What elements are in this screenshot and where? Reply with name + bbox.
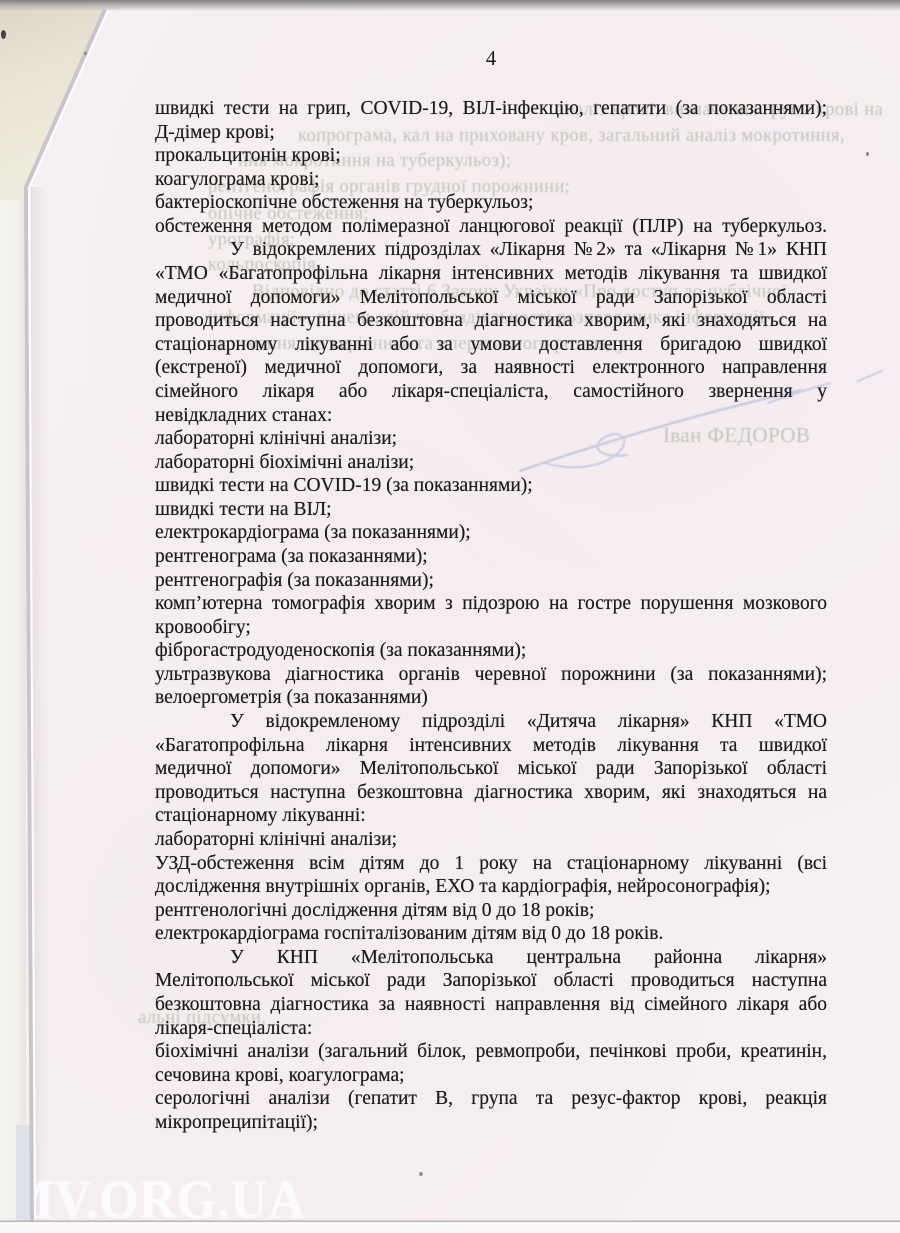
scan-edge-blue-strip	[16, 1125, 34, 1223]
scan-top-shadow	[0, 0, 900, 11]
document-line: лабораторні клінічні аналізи;	[155, 427, 827, 451]
document-line: прокальцитонін крові;	[155, 144, 827, 168]
document-line: стаціонарному лікуванні:	[155, 804, 827, 828]
document-line: УЗД-обстеження всім дітям до 1 року на с…	[155, 852, 827, 876]
document-line: швидкі тести на грип, COVID-19, ВІЛ-інфе…	[155, 97, 827, 121]
document-line: рентгенограма (за показаннями);	[155, 545, 827, 569]
scanned-document: { "page": { "number": "4" }, "watermark"…	[0, 0, 900, 1233]
document-line: У відокремленому підрозділі «Дитяча ліка…	[155, 710, 827, 734]
document-line: мікропреципітації);	[155, 1111, 827, 1135]
scan-speck	[866, 152, 869, 156]
document-line: безкоштовна діагностика за наявності нап…	[155, 993, 827, 1017]
document-line: швидкі тести на ВІЛ;	[155, 498, 827, 522]
page-edge-shade	[31, 187, 47, 1222]
document-line: проводиться наступна безкоштовна діагнос…	[155, 781, 827, 805]
document-line: електрокардіограма (за показаннями);	[155, 521, 827, 545]
document-line: стаціонарному лікуванні або за умови дос…	[155, 333, 827, 357]
document-line: рентгенографія (за показаннями);	[155, 569, 827, 593]
document-line: кровообігу;	[155, 616, 827, 640]
document-line: лабораторні клінічні аналізи;	[155, 828, 827, 852]
document-line: У КНП «Мелітопольська центральна районна…	[155, 946, 827, 970]
document-line: обстеження методом полімеразної ланцюгов…	[155, 215, 827, 239]
document-line: комп’ютерна томографія хворим з підозрою…	[155, 592, 827, 616]
page-number: 4	[155, 46, 827, 71]
scan-bottom-edge	[0, 1222, 900, 1233]
document-line: (екстреної) медичної допомоги, за наявно…	[155, 356, 827, 380]
document-line: ультразвукова діагностика органів черевн…	[155, 663, 827, 687]
document-line: швидкі тести на COVID-19 (за показаннями…	[155, 474, 827, 498]
document-line: електрокардіограма госпіталізованим дітя…	[155, 922, 827, 946]
document-line: лабораторні біохімічні аналізи;	[155, 451, 827, 475]
document-line: серологічні аналізи (гепатит В, група та…	[155, 1087, 827, 1111]
document-line: «Багатопрофільна лікарня інтенсивних мет…	[155, 734, 827, 758]
document-line: біохімічні аналізи (загальний білок, рев…	[155, 1040, 827, 1064]
scan-speck	[84, 52, 87, 55]
document-line: бактеріоскопічне обстеження на туберкуль…	[155, 191, 827, 215]
document-line: Мелітопольської міської ради Запорізької…	[155, 969, 827, 993]
document-line: сімейного лікаря або лікаря-спеціаліста,…	[155, 380, 827, 404]
document-line: коагулограма крові;	[155, 168, 827, 192]
document-line: лікаря-спеціаліста:	[155, 1017, 827, 1041]
document-line: невідкладних станах:	[155, 404, 827, 428]
document-line: У відокремлених підрозділах «Лікарня №2»…	[155, 238, 827, 262]
document-line: фіброгастродуоденоскопія (за показаннями…	[155, 639, 827, 663]
document-line: медичної допомоги» Мелітопольської міськ…	[155, 757, 827, 781]
document-line: дослідження внутрішніх органів, ЕХО та к…	[155, 875, 827, 899]
scanner-background-left	[0, 200, 26, 1233]
scan-speck	[1, 30, 6, 39]
document-text: швидкі тести на грип, COVID-19, ВІЛ-інфе…	[155, 97, 827, 1134]
document-line: медичної допомоги» Мелітопольської міськ…	[155, 286, 827, 310]
document-line: сечовина крові, коагулограма;	[155, 1064, 827, 1088]
document-line: проводиться наступна безкоштовна діагнос…	[155, 309, 827, 333]
document-line: Д-дімер крові;	[155, 121, 827, 145]
document-page: аналіз крові, визначення групи крові нак…	[0, 0, 900, 1233]
document-line: рентгенологічні дослідження дітям від 0 …	[155, 899, 827, 923]
document-line: велоергометрія (за показаннями)	[155, 686, 827, 710]
document-line: «ТМО «Багатопрофільна лікарня інтенсивни…	[155, 262, 827, 286]
scan-speck	[419, 1172, 423, 1176]
